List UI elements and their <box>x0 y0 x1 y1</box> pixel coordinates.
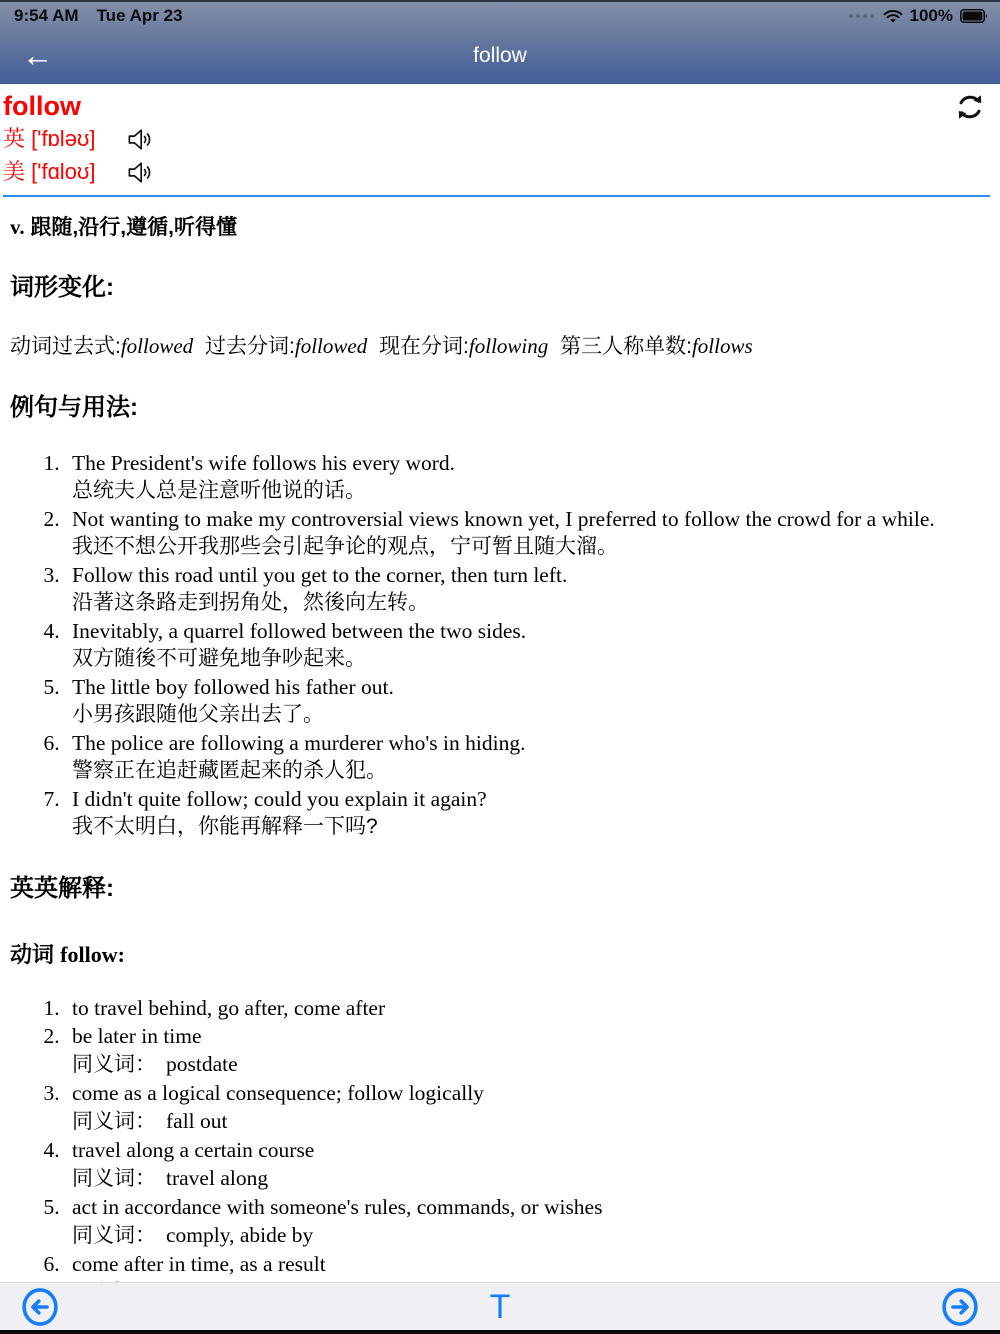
word-header: follow 英 ['fɒləʊ] 美 ['fɑloʊ] <box>0 84 1000 197</box>
inflection-label: 现在分词: <box>379 335 469 358</box>
wifi-icon <box>883 9 903 24</box>
text-size-button[interactable]: T <box>0 1290 1000 1324</box>
cellular-signal-icon <box>849 14 874 18</box>
example-item: The President's wife follows his every w… <box>65 449 990 505</box>
header: 9:54 AM Tue Apr 23 100% ← <box>0 0 1000 84</box>
uk-pronunciation: 英 ['fɒləʊ] <box>3 123 990 155</box>
example-zh: 我不太明白，你能再解释一下吗? <box>72 813 990 841</box>
example-en: Not wanting to make my controversial vie… <box>72 505 990 533</box>
inflection-value: followed <box>295 334 367 358</box>
example-en: Follow this road until you get to the co… <box>72 561 990 589</box>
inflection-line: 动词过去式:followed 过去分词:followed 现在分词:follow… <box>10 333 990 360</box>
example-item: I didn't quite follow; could you explain… <box>65 785 990 841</box>
definition-en: act in accordance with someone's rules, … <box>72 1193 990 1221</box>
definition-content: v. 跟随,沿行,遵循,听得懂 词形变化: 动词过去式:followed 过去分… <box>0 215 1000 1307</box>
inflection-value: followed <box>121 334 193 358</box>
synonym-value: postdate <box>166 1052 238 1076</box>
example-en: Inevitably, a quarrel followed between t… <box>72 617 990 645</box>
bottom-toolbar: T <box>0 1282 1000 1330</box>
battery-icon <box>960 9 988 23</box>
definitions-subtitle-zh: 动词 <box>10 942 54 967</box>
synonym-label: 同义词： <box>72 1167 156 1190</box>
definition-en: travel along a certain course <box>72 1136 990 1164</box>
definition-item: travel along a certain course 同义词：travel… <box>65 1136 990 1193</box>
example-zh: 总统夫人总是注意听他说的话。 <box>72 477 990 505</box>
example-item: Not wanting to make my controversial vie… <box>65 505 990 561</box>
inflection-value: follows <box>692 334 753 358</box>
example-item: The little boy followed his father out. … <box>65 673 990 729</box>
us-speaker-icon[interactable] <box>126 159 153 186</box>
synonym-value: fall out <box>166 1109 228 1133</box>
next-word-button[interactable] <box>940 1286 980 1328</box>
us-label: 美 <box>3 156 25 188</box>
definition-item: to travel behind, go after, come after <box>65 994 990 1022</box>
definition-item: be later in time 同义词：postdate <box>65 1022 990 1079</box>
section-title-examples: 例句与用法: <box>10 393 990 423</box>
pos-summary: v. 跟随,沿行,遵循,听得懂 <box>10 215 990 240</box>
nav-bar: ← follow <box>0 28 1000 83</box>
uk-speaker-icon[interactable] <box>126 126 153 153</box>
refresh-icon[interactable] <box>953 90 987 124</box>
synonym-line: 同义词：travel along <box>72 1164 990 1193</box>
screen-bottom-edge <box>0 1330 1000 1334</box>
status-date: Tue Apr 23 <box>97 6 183 26</box>
synonym-line: 同义词：postdate <box>72 1050 990 1079</box>
us-phonetic: ['fɑloʊ] <box>31 156 95 188</box>
definition-en: be later in time <box>72 1022 990 1050</box>
status-bar: 9:54 AM Tue Apr 23 100% <box>0 2 1000 28</box>
uk-phonetic: ['fɒləʊ] <box>31 123 95 155</box>
nav-title: follow <box>0 44 1000 68</box>
definitions-subtitle: 动词 follow: <box>10 942 990 968</box>
definition-list: to travel behind, go after, come after b… <box>10 994 990 1307</box>
example-zh: 我还不想公开我那些会引起争论的观点，宁可暂且随大溜。 <box>72 533 990 561</box>
example-list: The President's wife follows his every w… <box>10 449 990 841</box>
section-title-inflections: 词形变化: <box>10 273 990 303</box>
synonym-label: 同义词： <box>72 1110 156 1133</box>
status-time: 9:54 AM <box>14 6 79 26</box>
us-pronunciation: 美 ['fɑloʊ] <box>3 156 990 188</box>
synonym-label: 同义词： <box>72 1224 156 1247</box>
section-title-definitions: 英英解释: <box>10 874 990 904</box>
example-zh: 警察正在追赶藏匿起来的杀人犯。 <box>72 757 990 785</box>
example-item: The police are following a murderer who'… <box>65 729 990 785</box>
definition-item: come as a logical consequence; follow lo… <box>65 1079 990 1136</box>
example-en: The police are following a murderer who'… <box>72 729 990 757</box>
synonym-line: 同义词：comply, abide by <box>72 1221 990 1250</box>
synonym-value: comply, abide by <box>166 1223 313 1247</box>
divider <box>3 195 990 197</box>
inflection-label: 第三人称单数: <box>560 335 692 358</box>
inflection-value: following <box>469 334 548 358</box>
example-en: The President's wife follows his every w… <box>72 449 990 477</box>
battery-percent: 100% <box>910 6 953 26</box>
example-zh: 沿著这条路走到拐角处，然後向左转。 <box>72 589 990 617</box>
example-zh: 双方随後不可避免地争吵起来。 <box>72 645 990 673</box>
inflection-label: 过去分词: <box>205 335 295 358</box>
pos-meaning: 跟随,沿行,遵循,听得懂 <box>30 216 237 239</box>
example-zh: 小男孩跟随他父亲出去了。 <box>72 701 990 729</box>
synonym-value: travel along <box>166 1166 268 1190</box>
example-en: I didn't quite follow; could you explain… <box>72 785 990 813</box>
definition-item: act in accordance with someone's rules, … <box>65 1193 990 1250</box>
inflection-label: 动词过去式: <box>10 335 121 358</box>
pos-tag: v. <box>10 215 25 239</box>
example-item: Follow this road until you get to the co… <box>65 561 990 617</box>
definition-en: come as a logical consequence; follow lo… <box>72 1079 990 1107</box>
definition-en: to travel behind, go after, come after <box>72 994 990 1022</box>
example-en: The little boy followed his father out. <box>72 673 990 701</box>
definitions-subtitle-en: follow: <box>60 942 125 967</box>
uk-label: 英 <box>3 123 25 155</box>
prev-word-button[interactable] <box>20 1286 60 1328</box>
synonym-line: 同义词：fall out <box>72 1107 990 1136</box>
example-item: Inevitably, a quarrel followed between t… <box>65 617 990 673</box>
synonym-label: 同义词： <box>72 1053 156 1076</box>
headword: follow <box>3 90 990 122</box>
definition-en: come after in time, as a result <box>72 1250 990 1278</box>
